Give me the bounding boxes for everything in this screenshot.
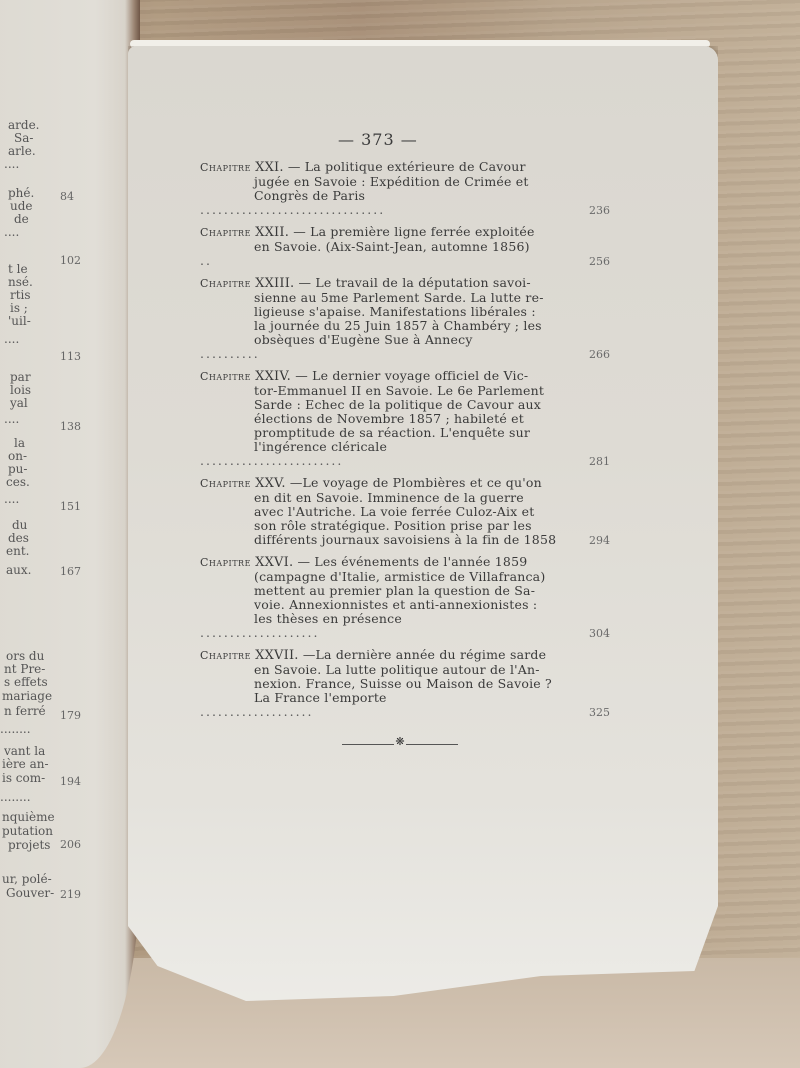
left-page-text-fragment: pu- [8,462,27,476]
toc-entry: Chapitre XXVI. — Les événements de l'ann… [200,555,620,640]
chapter-title-line: élections de Novembre 1857 ; habileté et [200,412,570,426]
left-page-text-fragment: 'uil- [8,314,31,328]
left-page-number: 102 [60,254,81,267]
toc-page-number: 325 [589,706,610,719]
toc-entry-text: Chapitre XXVII. —La dernière année du ré… [200,648,570,719]
toc-page-number: 236 [589,204,610,217]
toc-entry: Chapitre XXV. —Le voyage de Plombières e… [200,476,620,547]
chapter-title-line: la journée du 25 Juin 1857 à Chambéry ; … [200,319,570,333]
chapter-title-line: —Le voyage de Plombières et ce qu'on [290,475,542,490]
left-page-text-fragment: ière an- [2,757,49,771]
chapter-title-line: sienne au 5me Parlement Sarde. La lutte … [200,291,570,305]
chapter-title-line: en Savoie. La lutte politique autour de … [200,663,570,677]
left-page-text-fragment: nquième [2,810,55,824]
chapter-title-line: — Le travail de la députation savoi- [299,275,531,290]
left-page-number: 194 [60,775,81,788]
left-page-text-fragment: Gouver- [6,886,54,900]
left-page-text-fragment: arde. [8,118,40,132]
left-page-text-fragment: ur, polé- [2,872,52,886]
left-page-text-fragment: .... [4,157,19,171]
chapter-title-line: La France l'emporte [200,691,570,705]
left-page-number: 84 [60,190,74,203]
chapter-numeral: XXIII. [255,276,294,291]
left-page-text-fragment: mariage [2,689,52,703]
toc-page-number: 281 [589,455,610,468]
toc-entry-text: Chapitre XXI. — La politique extérieure … [200,160,570,217]
left-page-text-fragment: de [14,212,29,226]
left-page-text-fragment: par [10,370,31,384]
toc-page-number: 256 [589,255,610,268]
left-page-number: 179 [60,709,81,722]
chapter-numeral: XXVII. [255,648,299,663]
chapter-numeral: XXVI. [255,555,293,570]
left-page-text-fragment: nsé. [8,275,33,289]
ornament-divider: ❋ [342,739,458,749]
left-page-text-fragment: lois [10,383,31,397]
toc-entry-text: Chapitre XXIV. — Le dernier voyage offic… [200,369,570,468]
left-page-text-fragment: la [14,436,25,450]
chapter-title-line: ligieuse s'apaise. Manifestations libéra… [200,305,570,319]
left-page-number: 219 [60,888,81,901]
dot-leader: ................... [200,704,314,719]
chapter-title-line: différents journaux savoisiens à la fin … [200,533,570,547]
left-page-text-fragment: du [12,518,27,532]
chapter-title-line: les thèses en présence [200,612,570,626]
chapter-title-line: promptitude de sa réaction. L'enquête su… [200,426,570,440]
left-page: arde.Sa-arle.....phé.udede....t lensé.rt… [0,0,140,1068]
left-page-text-fragment: nt Pre- [4,662,45,676]
chapter-numeral: XXIV. [255,369,291,384]
chapter-title-line: obsèques d'Eugène Sue à Annecy [200,333,570,347]
asterism-icon: ❋ [394,735,406,748]
left-page-text-fragment: on- [8,449,27,463]
chapter-label: Chapitre [200,161,251,174]
page-number: — 373 — [338,130,418,149]
left-page-text-fragment: Sa- [14,131,33,145]
chapter-title-line: tor-Emmanuel II en Savoie. Le 6e Parleme… [200,384,570,398]
divider-line-right [406,744,458,745]
left-page-text-fragment: projets [8,838,50,852]
left-page-text-fragment: .... [4,332,19,346]
left-page-number: 113 [60,350,81,363]
chapter-title-line: voie. Annexionnistes et anti-annexionist… [200,598,570,612]
dot-leader: ............................... [200,202,385,217]
left-page-number: 206 [60,838,81,851]
left-page-number: 138 [60,420,81,433]
left-page-text-fragment: is ; [10,301,28,315]
chapter-title-line: mettent au premier plan la question de S… [200,584,570,598]
chapter-title-line: —La dernière année du régime sarde [303,647,546,662]
chapter-title-line: Congrès de Paris [200,189,570,203]
chapter-label: Chapitre [200,370,251,383]
chapter-label: Chapitre [200,277,251,290]
chapter-label: Chapitre [200,477,251,490]
toc-entry: Chapitre XXVII. —La dernière année du ré… [200,648,620,719]
chapter-title-line: en Savoie. (Aix-Saint-Jean, automne 1856… [200,240,570,254]
left-page-text-fragment: t le [8,262,28,276]
chapter-title-line: (campagne d'Italie, armistice de Villafr… [200,570,570,584]
chapter-label: Chapitre [200,649,251,662]
left-page-text-fragment: rtis [10,288,31,302]
toc-entry-text: Chapitre XXII. — La première ligne ferré… [200,225,570,268]
chapter-numeral: XXII. [255,225,289,240]
chapter-numeral: XXV. [255,476,286,491]
dot-leader: .................... [200,625,319,640]
toc-page-number: 304 [589,627,610,640]
chapter-title-line: l'ingérence cléricale [200,440,570,454]
chapter-title-line: en dit en Savoie. Imminence de la guerre [200,491,570,505]
left-page-text-fragment: des [8,531,29,545]
divider-line-left [342,744,394,745]
chapter-title-line: nexion. France, Suisse ou Maison de Savo… [200,677,570,691]
chapter-title-line: — La première ligne ferrée exploitée [293,224,534,239]
left-page-text-fragment: n ferré [4,704,46,718]
toc-entry: Chapitre XXIV. — Le dernier voyage offic… [200,369,620,468]
chapter-title-line: — Le dernier voyage officiel de Vic- [295,368,528,383]
dot-leader: .. [200,253,212,268]
chapter-title-line: jugée en Savoie : Expédition de Crimée e… [200,175,570,189]
toc-entry: Chapitre XXI. — La politique extérieure … [200,160,620,217]
table-of-contents: Chapitre XXI. — La politique extérieure … [200,160,620,727]
left-page-text-fragment: vant la [4,744,45,758]
chapter-title-line: son rôle stratégique. Position prise par… [200,519,570,533]
left-page-text-fragment: ........ [0,790,31,804]
left-page-text-fragment: .... [4,492,19,506]
left-page-text-fragment: ........ [0,722,31,736]
toc-entry-text: Chapitre XXIII. — Le travail de la déput… [200,276,570,361]
left-page-text-fragment: arle. [8,144,36,158]
chapter-title-line: avec l'Autriche. La voie ferrée Culoz-Ai… [200,505,570,519]
left-page-text-fragment: s effets [4,675,48,689]
left-page-text-fragment: phé. [8,186,34,200]
toc-entry-text: Chapitre XXV. —Le voyage de Plombières e… [200,476,570,547]
dot-leader: ........................ [200,453,343,468]
left-page-text-fragment: .... [4,225,19,239]
left-page-number: 151 [60,500,81,513]
left-page-text-fragment: ent. [6,544,29,558]
toc-entry: Chapitre XXIII. — Le travail de la déput… [200,276,620,361]
left-page-number: 167 [60,565,81,578]
chapter-title-line: — La politique extérieure de Cavour [288,159,526,174]
chapter-title-line: Sarde : Echec de la politique de Cavour … [200,398,570,412]
left-page-text-fragment: ces. [6,475,30,489]
left-page-text-fragment: ude [10,199,33,213]
chapter-label: Chapitre [200,226,251,239]
chapter-label: Chapitre [200,556,251,569]
toc-page-number: 294 [589,534,610,547]
chapter-numeral: XXI. [255,160,284,175]
left-page-text-fragment: ors du [6,649,44,663]
dot-leader: .......... [200,346,260,361]
chapter-title-line: — Les événements de l'année 1859 [297,554,527,569]
toc-entry-text: Chapitre XXVI. — Les événements de l'ann… [200,555,570,640]
toc-entry: Chapitre XXII. — La première ligne ferré… [200,225,620,268]
left-page-text-fragment: putation [2,824,53,838]
left-page-text-fragment: yal [10,396,28,410]
left-page-text-fragment: .... [4,412,19,426]
toc-page-number: 266 [589,348,610,361]
left-page-text-fragment: is com- [2,771,45,785]
left-page-text-fragment: aux. [6,563,31,577]
